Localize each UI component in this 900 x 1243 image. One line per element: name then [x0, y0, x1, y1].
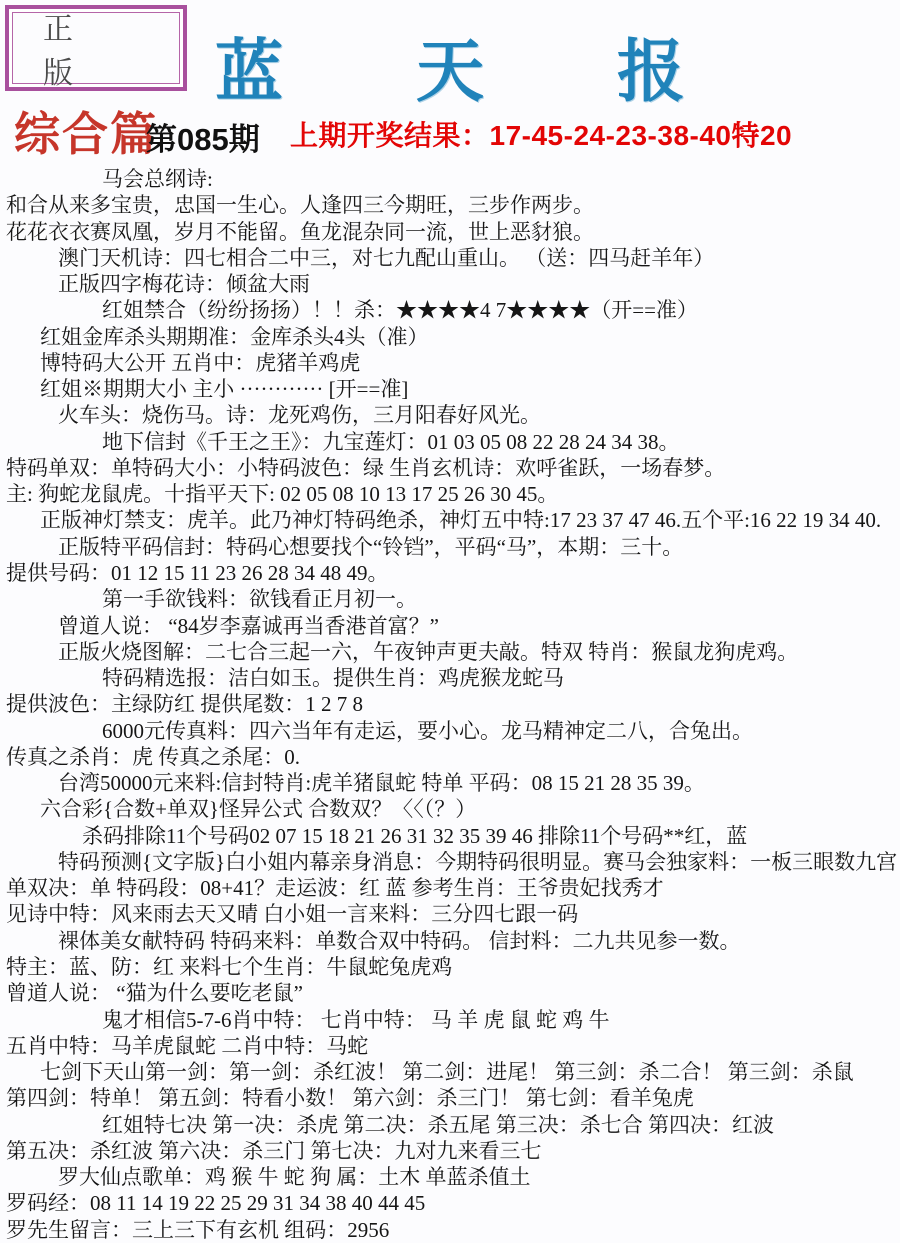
- body-line: 火车头：烧伤马。诗：龙死鸡伤，三月阳春好风光。: [0, 402, 900, 428]
- body-line: 马会总纲诗:: [0, 166, 900, 192]
- body-line: 罗大仙点歌单：鸡 猴 牛 蛇 狗 属：土木 单蓝杀值土: [0, 1164, 900, 1190]
- body-line: 提供号码：01 12 15 11 23 26 28 34 48 49。: [0, 560, 900, 586]
- body-line: 单双决：单 特码段：08+41？走运波：红 蓝 参考生肖：王爷贵妃找秀才: [0, 875, 900, 901]
- body-line: 博特码大公开 五肖中：虎猪羊鸡虎: [0, 350, 900, 376]
- section-name: 综合篇: [14, 98, 158, 164]
- body-line: 见诗中特：风来雨去天又晴 白小姐一言来料：三分四七跟一码: [0, 901, 900, 927]
- body-line: 第一手欲钱料：欲钱看正月初一。: [0, 586, 900, 612]
- body-line: 花花衣衣赛凤凰，岁月不能留。鱼龙混杂同一流，世上恶豺狼。: [0, 219, 900, 245]
- body-line: 七剑下天山第一剑：第一剑：杀红波！ 第二剑：进尾！ 第三剑：杀二合！ 第三剑：杀…: [0, 1059, 900, 1085]
- body-line: 罗先生留言：三上三下有玄机 组码：2956: [0, 1217, 900, 1243]
- issue-number: 第085期: [146, 114, 260, 159]
- body-line: 正版火烧图解：二七合三起一六，午夜钟声更夫敲。特双 特肖：猴鼠龙狗虎鸡。: [0, 639, 900, 665]
- sub-header: 综合篇 第085期 上期开奖结果：17-45-24-23-38-40特20: [0, 98, 900, 158]
- body-line: 特码预测{文字版}白小姐内幕亲身消息：今期特码很明显。赛马会独家料：一板三眼数九…: [0, 849, 900, 875]
- body-line: 鬼才相信5-7-6肖中特： 七肖中特： 马 羊 虎 鼠 蛇 鸡 牛: [0, 1007, 900, 1033]
- body-line: 和合从来多宝贵，忠国一生心。人逢四三今期旺，三步作两步。: [0, 192, 900, 218]
- body-line: 澳门天机诗：四七相合二中三，对七九配山重山。 （送：四马赶羊年）: [0, 245, 900, 271]
- newspaper-page: 正 版 蓝 天 报 综合篇 第085期 上期开奖结果：17-45-24-23-3…: [0, 0, 900, 1243]
- body-line: 传真之杀肖：虎 传真之杀尾：0.: [0, 744, 900, 770]
- body-line: 曾道人说： “84岁李嘉诚再当香港首富？”: [0, 613, 900, 639]
- body-line: 红姐※期期大小 主小 ············ [开==准]: [0, 376, 900, 402]
- body-line: 特主：蓝、防：红 来料七个生肖：牛鼠蛇兔虎鸡: [0, 954, 900, 980]
- body-line: 地下信封《千王之王》：九宝莲灯：01 03 05 08 22 28 24 34 …: [0, 429, 900, 455]
- body-line: 正版特平码信封：特码心想要找个“铃铛”，平码“马”，本期：三十。: [0, 534, 900, 560]
- body-line: 正版神灯禁支：虎羊。此乃神灯特码绝杀，神灯五中特:17 23 37 47 46.…: [0, 507, 900, 533]
- body-line: 五肖中特：马羊虎鼠蛇 二肖中特：马蛇: [0, 1033, 900, 1059]
- body-line: 杀码排除11个号码02 07 15 18 21 26 31 32 35 39 4…: [0, 823, 900, 849]
- body-line: 台湾50000元来料:信封特肖:虎羊猪鼠蛇 特单 平码：08 15 21 28 …: [0, 770, 900, 796]
- body-line: 正版四字梅花诗：倾盆大雨: [0, 271, 900, 297]
- body-line: 主: 狗蛇龙鼠虎。十指平天下: 02 05 08 10 13 17 25 26 …: [0, 481, 900, 507]
- body-line: 六合彩{合数+单双}怪异公式 合数双？〈〈（？）: [0, 796, 900, 822]
- body-line: 特码精选报：洁白如玉。提供生肖：鸡虎猴龙蛇马: [0, 665, 900, 691]
- body-line: 第四剑：特单！ 第五剑：特看小数！ 第六剑：杀三门！ 第七剑：看羊兔虎: [0, 1085, 900, 1111]
- body-line: 红姐禁合（纷纷扬扬）！！杀：★★★★4 7★★★★（开==准）: [0, 297, 900, 323]
- body-line: 特码单双：单特码大小：小特码波色：绿 生肖玄机诗：欢呼雀跃，一场春梦。: [0, 455, 900, 481]
- body-line: 红姐特七决 第一决：杀虎 第二决：杀五尾 第三决：杀七合 第四决：红波: [0, 1112, 900, 1138]
- body-text: 马会总纲诗:和合从来多宝贵，忠国一生心。人逢四三今期旺，三步作两步。花花衣衣赛凤…: [0, 166, 900, 1243]
- body-line: 裸体美女献特码 特码来料：单数合双中特码。 信封料：二九共见参一数。: [0, 928, 900, 954]
- body-line: 提供波色：主绿防红 提供尾数：1 2 7 8: [0, 691, 900, 717]
- body-line: 第五决：杀红波 第六决：杀三门 第七决：九对九来看三七: [0, 1138, 900, 1164]
- body-line: 曾道人说： “猫为什么要吃老鼠”: [0, 980, 900, 1006]
- last-draw-result: 上期开奖结果：17-45-24-23-38-40特20: [290, 114, 792, 154]
- body-line: 6000元传真料：四六当年有走运，要小心。龙马精神定二八，合兔出。: [0, 718, 900, 744]
- body-line: 红姐金库杀头期期准：金库杀头4头（准）: [0, 324, 900, 350]
- body-line: 罗码经：08 11 14 19 22 25 29 31 34 38 40 44 …: [0, 1190, 900, 1216]
